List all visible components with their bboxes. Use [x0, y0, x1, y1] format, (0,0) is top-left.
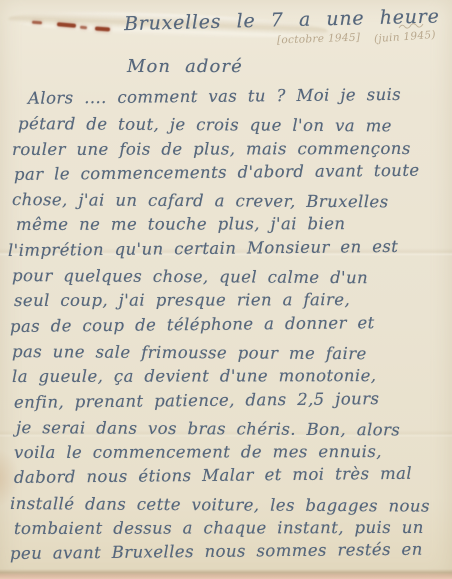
- handwritten-line: Alors .... comment vas tu ? Moi je suis: [6, 81, 450, 111]
- paper-bottom-edge-shadow: [0, 569, 452, 579]
- handwritten-line: peu avant Bruxelles nous sommes restés e…: [6, 537, 450, 567]
- pencil-scribble-mark: [398, 21, 424, 31]
- handwritten-line: l'imprétion qu'un certain Monsieur en es…: [6, 233, 450, 263]
- rust-stain: [80, 26, 87, 30]
- salutation: Mon adoré: [127, 56, 243, 77]
- handwritten-line: par le commencements d'abord avant toute: [6, 157, 450, 187]
- handwritten-line: enfin, prenant patience, dans 2,5 jours: [6, 385, 450, 415]
- letter-page: Bruxelles le 7 a une heure ! [octobre 19…: [0, 0, 452, 579]
- handwritten-line: pas de coup de téléphone a donner et: [6, 309, 450, 339]
- pencil-annotation-date-2: (juin 1945): [374, 29, 437, 45]
- letter-body: Alors .... comment vas tu ? Moi je suis …: [6, 86, 450, 567]
- handwritten-line: dabord nous étions Malar et moi très mal: [6, 461, 450, 491]
- pencil-annotation-date-1: [octobre 1945]: [277, 32, 361, 47]
- rust-stain: [32, 21, 42, 25]
